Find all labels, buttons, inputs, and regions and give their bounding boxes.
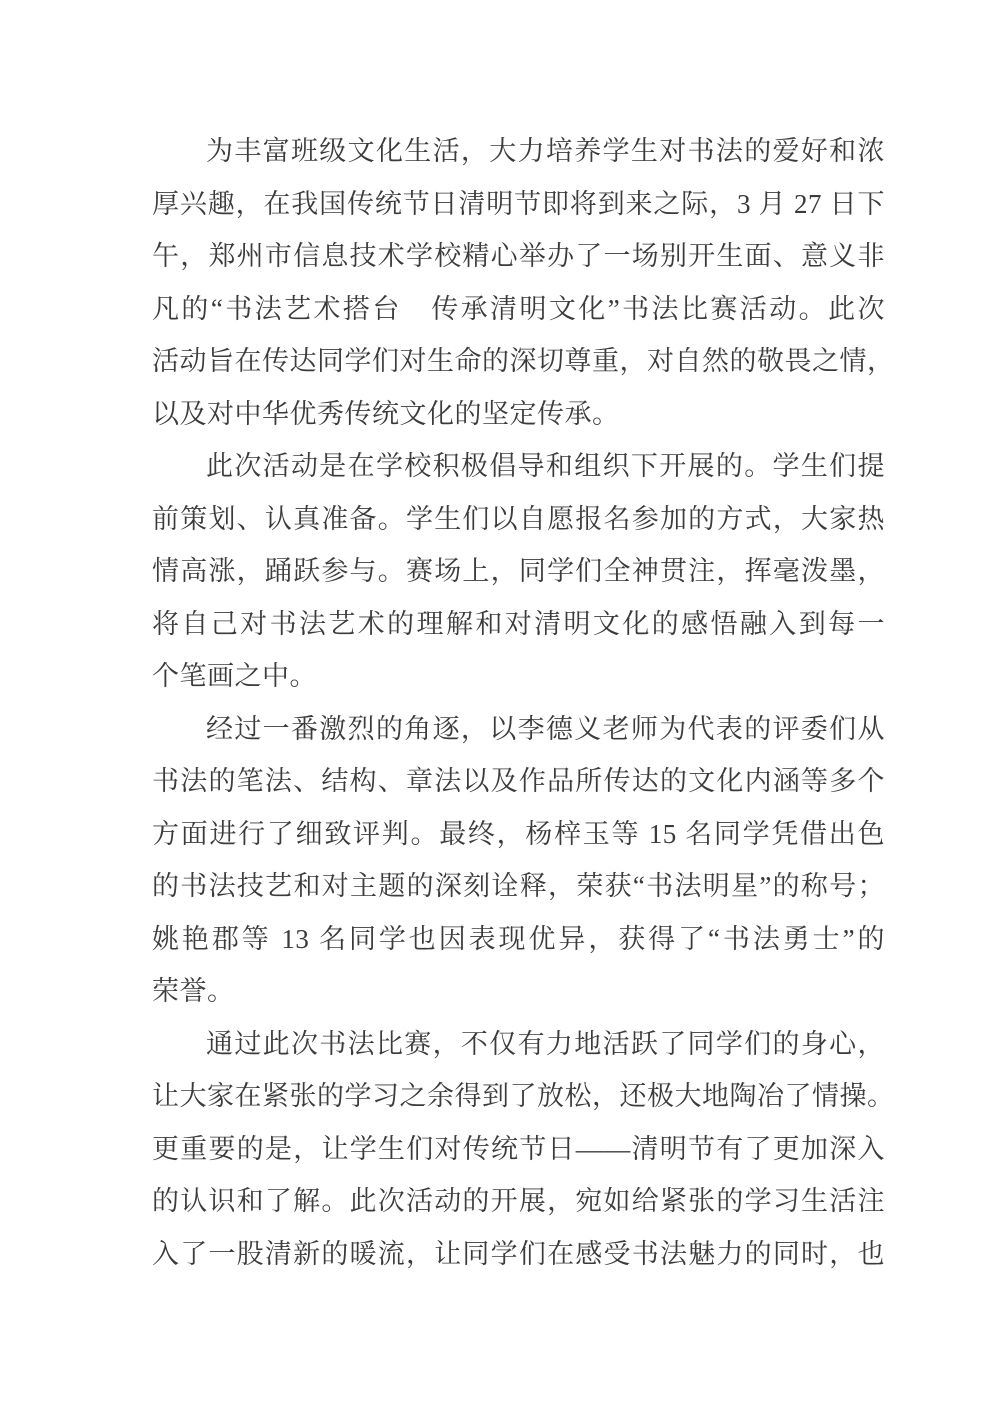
text-line: 以及对中华优秀传统文化的坚定传承。 — [152, 388, 885, 441]
document-body: 为丰富班级文化生活，大力培养学生对书法的爱好和浓厚兴趣，在我国传统节日清明节即将… — [152, 125, 885, 1280]
text-line: 的认识和了解。此次活动的开展，宛如给紧张的学习生活注 — [152, 1175, 885, 1228]
text-line: 此次活动是在学校积极倡导和组织下开展的。学生们提 — [152, 440, 885, 493]
text-line: 厚兴趣，在我国传统节日清明节即将到来之际，3 月 27 日下 — [152, 178, 885, 231]
text-line: 个笔画之中。 — [152, 650, 885, 703]
text-line: 的书法技艺和对主题的深刻诠释，荣获“书法明星”的称号； — [152, 860, 885, 913]
document-page: 为丰富班级文化生活，大力培养学生对书法的爱好和浓厚兴趣，在我国传统节日清明节即将… — [0, 0, 1000, 1415]
text-line: 将自己对书法艺术的理解和对清明文化的感悟融入到每一 — [152, 598, 885, 651]
text-line: 通过此次书法比赛，不仅有力地活跃了同学们的身心， — [152, 1018, 885, 1071]
text-line: 午，郑州市信息技术学校精心举办了一场别开生面、意义非 — [152, 230, 885, 283]
text-line: 姚艳郡等 13 名同学也因表现优异，获得了“书法勇士”的 — [152, 913, 885, 966]
text-line: 凡的“书法艺术搭台 传承清明文化”书法比赛活动。此次 — [152, 283, 885, 336]
text-line: 荣誉。 — [152, 965, 885, 1018]
text-line: 入了一股清新的暖流，让同学们在感受书法魅力的同时，也 — [152, 1228, 885, 1281]
text-line: 让大家在紧张的学习之余得到了放松，还极大地陶冶了情操。 — [152, 1070, 885, 1123]
text-line: 方面进行了细致评判。最终，杨梓玉等 15 名同学凭借出色 — [152, 808, 885, 861]
text-line: 为丰富班级文化生活，大力培养学生对书法的爱好和浓 — [152, 125, 885, 178]
text-line: 前策划、认真准备。学生们以自愿报名参加的方式，大家热 — [152, 493, 885, 546]
text-line: 经过一番激烈的角逐，以李德义老师为代表的评委们从 — [152, 703, 885, 756]
text-line: 情高涨，踊跃参与。赛场上，同学们全神贯注，挥毫泼墨， — [152, 545, 885, 598]
text-line: 活动旨在传达同学们对生命的深切尊重，对自然的敬畏之情， — [152, 335, 885, 388]
text-line: 书法的笔法、结构、章法以及作品所传达的文化内涵等多个 — [152, 755, 885, 808]
text-line: 更重要的是，让学生们对传统节日——清明节有了更加深入 — [152, 1123, 885, 1176]
